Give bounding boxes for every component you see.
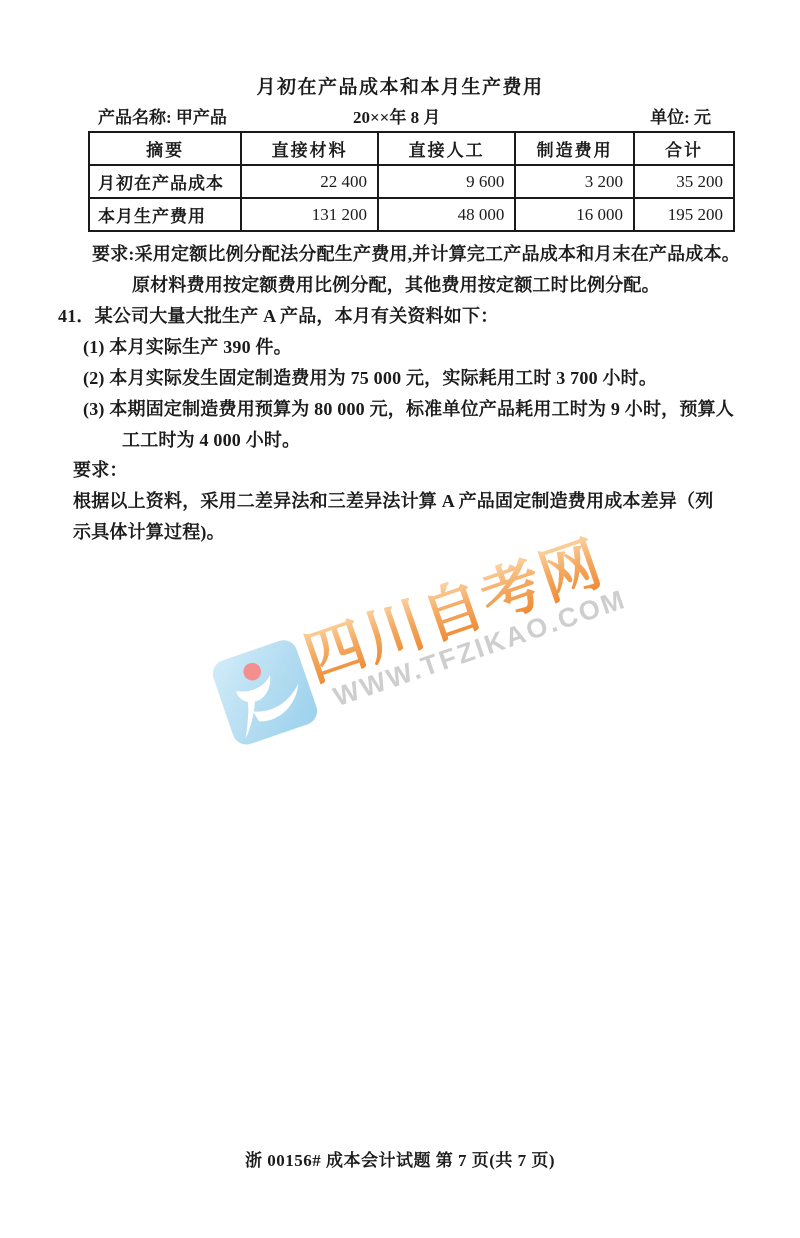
question-41-stem: 41．某公司大量大批生产 A 产品，本月有关资料如下：	[58, 302, 498, 328]
question-41-item3-line1: (3) 本期固定制造费用预算为 80 000 元，标准单位产品耗用工时为 9 小…	[83, 395, 734, 421]
site-watermark: 四川自考网 WWW.TFZIKAO.COM	[195, 490, 640, 789]
question-41-requirement-line2: 示具体计算过程)。	[73, 518, 225, 544]
table-cell: 3 200	[515, 165, 634, 198]
question-41-item1: (1) 本月实际生产 390 件。	[83, 333, 292, 359]
table-header-cell: 合计	[634, 132, 734, 165]
period-label: 20××年 8 月	[353, 103, 440, 128]
exam-page: 月初在产品成本和本月生产费用 产品名称: 甲产品 20××年 8 月 单位: 元…	[0, 0, 800, 1238]
unit-label: 单位: 元	[650, 103, 711, 128]
table-meta-row: 产品名称: 甲产品 20××年 8 月 单位: 元	[88, 103, 735, 129]
table-cell: 22 400	[241, 165, 378, 198]
row-label-cell: 本月生产费用	[89, 198, 241, 231]
table-cell: 48 000	[378, 198, 515, 231]
table-row: 月初在产品成本 22 400 9 600 3 200 35 200	[89, 165, 734, 198]
row-label-cell: 月初在产品成本	[89, 165, 241, 198]
watermark-text-column: 四川自考网 WWW.TFZIKAO.COM	[298, 529, 631, 718]
question-41-item2: (2) 本月实际发生固定制造费用为 75 000 元，实际耗用工时 3 700 …	[83, 364, 657, 390]
table-cell: 9 600	[378, 165, 515, 198]
tfzikao-logo-icon	[209, 636, 321, 748]
question-41-requirement-line1: 根据以上资料，采用二差异法和三差异法计算 A 产品固定制造费用成本差异（列	[73, 487, 713, 513]
watermark-brand-text: 四川自考网	[298, 529, 621, 690]
table-cell: 195 200	[634, 198, 734, 231]
table-header-cell: 制造费用	[515, 132, 634, 165]
table-cell: 131 200	[241, 198, 378, 231]
requirement-40-line1: 要求:采用定额比例分配法分配生产费用,并计算完工产品成本和月末在产品成本。	[92, 240, 740, 266]
table-header-row: 摘要 直接材料 直接人工 制造费用 合计	[89, 132, 734, 165]
cost-table: 摘要 直接材料 直接人工 制造费用 合计 月初在产品成本 22 400 9 60…	[88, 131, 735, 232]
question-41-requirement-label: 要求：	[73, 456, 128, 482]
product-name-label: 产品名称: 甲产品	[98, 103, 227, 128]
table-header-cell: 直接材料	[241, 132, 378, 165]
table-cell: 16 000	[515, 198, 634, 231]
table-header-cell: 直接人工	[378, 132, 515, 165]
table-title: 月初在产品成本和本月生产费用	[0, 72, 800, 99]
requirement-40-line2: 原材料费用按定额费用比例分配，其他费用按定额工时比例分配。	[132, 271, 660, 297]
table-cell: 35 200	[634, 165, 734, 198]
page-footer: 浙 00156# 成本会计试题 第 7 页(共 7 页)	[0, 1146, 800, 1171]
table-row: 本月生产费用 131 200 48 000 16 000 195 200	[89, 198, 734, 231]
table-header-cell: 摘要	[89, 132, 241, 165]
watermark-url-text: WWW.TFZIKAO.COM	[330, 584, 631, 713]
question-41-item3-line2: 工工时为 4 000 小时。	[122, 426, 300, 452]
dancing-figure-icon	[209, 636, 321, 748]
